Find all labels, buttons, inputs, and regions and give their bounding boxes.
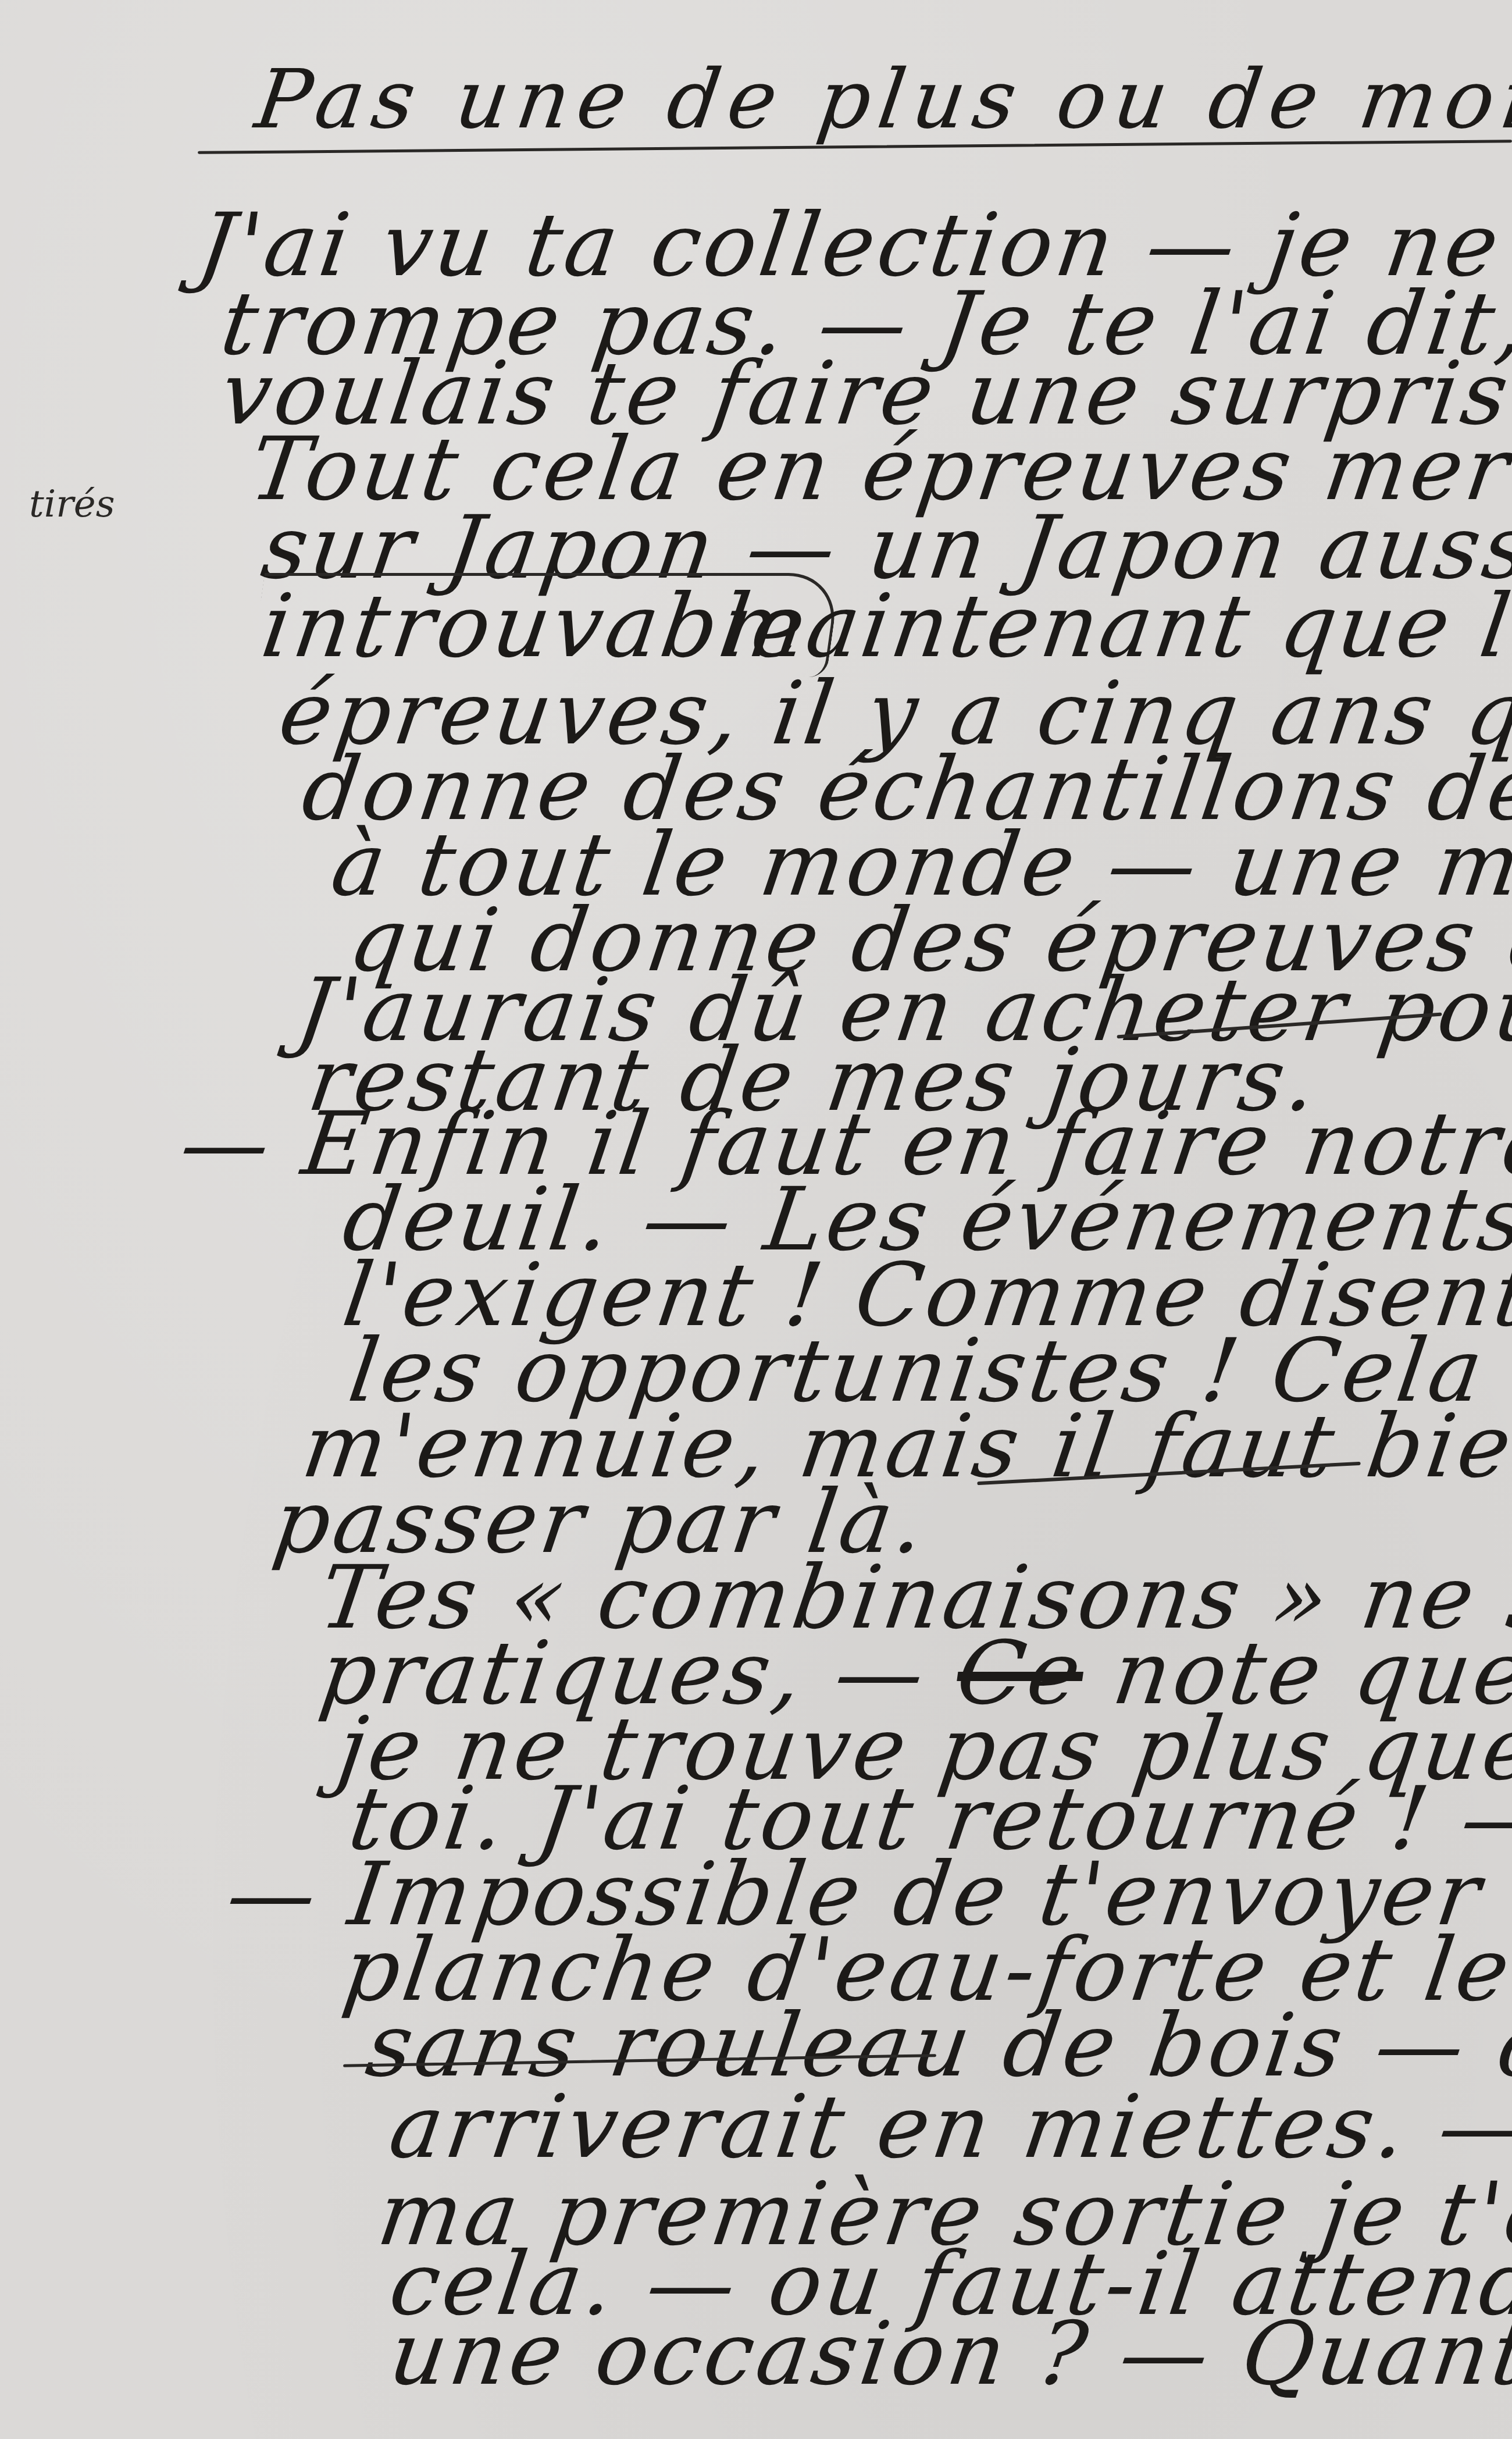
margin-note: tirés: [29, 483, 115, 526]
letter-line-26: arriverait en miettes. — A: [384, 2077, 1512, 2178]
letter-line-6-rest: maintenant que les: [715, 576, 1512, 677]
letter-line-29: une occasion ? — Quant à: [384, 2303, 1512, 2405]
letter-title: Pas une de plus ou de moins: [250, 52, 1512, 147]
